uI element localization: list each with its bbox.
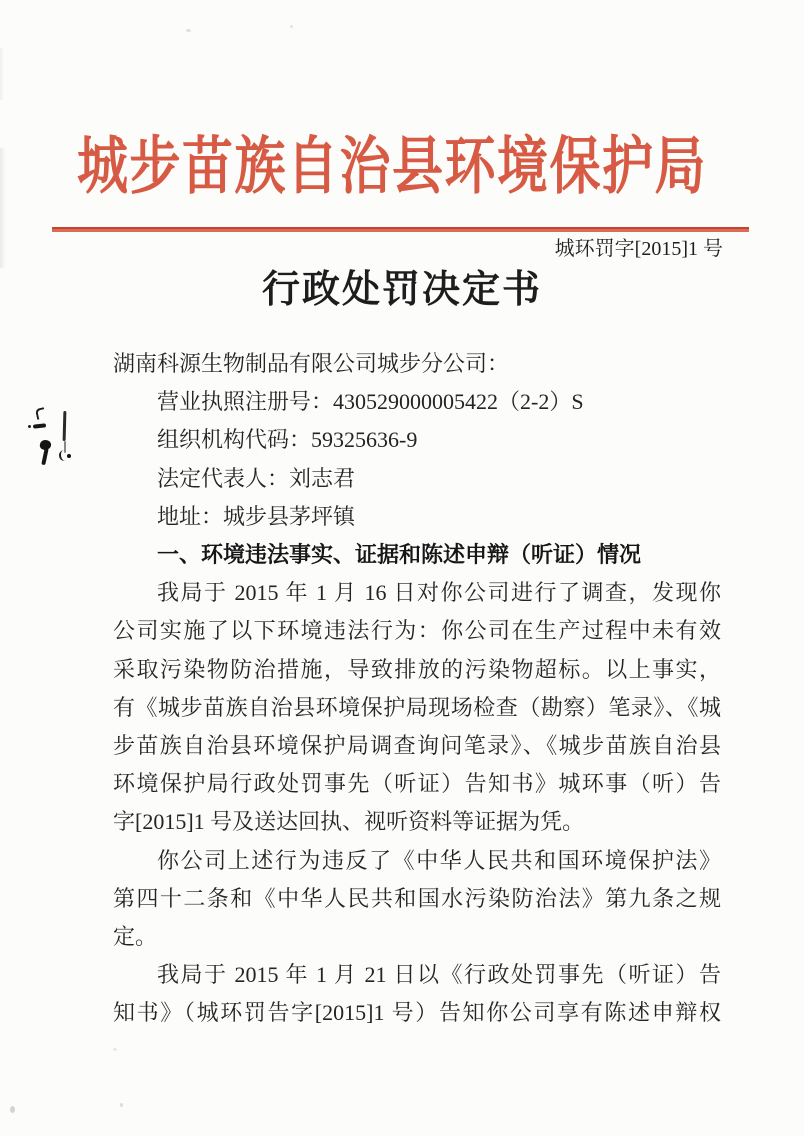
letterhead-agency-name: 城步苗族自治县环境保护局 <box>0 129 794 207</box>
scan-speck <box>290 25 293 28</box>
ink-mark <box>35 407 46 420</box>
ink-mark <box>63 411 66 441</box>
document-line: 采取污染物防治措施，导致排放的污染物超标。以上事实， <box>113 651 721 689</box>
document-line: 知书》（城环罚告字[2015]1 号）告知你公司享有陈述申辩权 <box>113 994 721 1032</box>
document-title: 行政处罚决定书 <box>0 258 804 313</box>
scan-edge-shadow <box>0 148 6 268</box>
document-line-org-code: 组织机构代码：59325636-9 <box>113 421 721 459</box>
document-line: 字[2015]1 号及送达回执、视听资料等证据为凭。 <box>113 803 721 841</box>
scan-speck <box>113 1048 117 1051</box>
ink-mark <box>28 425 31 428</box>
letterhead-divider <box>52 227 749 232</box>
document-line: 第四十二条和《中华人民共和国水污染防治法》第九条之规 <box>113 880 721 918</box>
document-line: 定。 <box>113 918 721 956</box>
document-line: 环境保护局行政处罚事先（听证）告知书》城环事（听）告 <box>113 765 721 803</box>
scan-speck <box>186 29 191 32</box>
document-line-license-no: 营业执照注册号：430529000005422（2-2）S <box>113 383 721 421</box>
document-line: 我局于 2015 年 1 月 21 日以《行政处罚事先（听证）告 <box>113 956 721 994</box>
document-line: 你公司上述行为违反了《中华人民共和国环境保护法》 <box>113 842 721 880</box>
document-line: 我局于 2015 年 1 月 16 日对你公司进行了调查，发现你 <box>113 574 721 612</box>
document-section-heading: 一、环境违法事实、证据和陈述申辩（听证）情况 <box>113 536 721 574</box>
document-line-recipient: 湖南科源生物制品有限公司城步分公司： <box>113 345 721 383</box>
scan-speck <box>10 1106 15 1113</box>
scanned-document-page: 城步苗族自治县环境保护局 城环罚字[2015]1 号 行政处罚决定书 湖南科源生… <box>0 0 804 1136</box>
ink-mark <box>41 448 48 465</box>
document-line: 步苗族自治县环境保护局调查询问笔录》、《城步苗族自治县 <box>113 727 721 765</box>
document-body: 湖南科源生物制品有限公司城步分公司： 营业执照注册号：4305290000054… <box>113 345 721 1033</box>
scan-speck <box>120 1103 123 1107</box>
scan-edge-shadow <box>0 48 4 100</box>
document-line-address: 地址：城步县茅坪镇 <box>113 498 721 536</box>
document-line: 公司实施了以下环境违法行为：你公司在生产过程中未有效 <box>113 612 721 650</box>
ink-mark <box>33 423 46 428</box>
document-line: 有《城步苗族自治县环境保护局现场检查（勘察）笔录》、《城 <box>113 689 721 727</box>
document-line-legal-rep: 法定代表人：刘志君 <box>113 460 721 498</box>
ink-mark <box>67 454 71 458</box>
